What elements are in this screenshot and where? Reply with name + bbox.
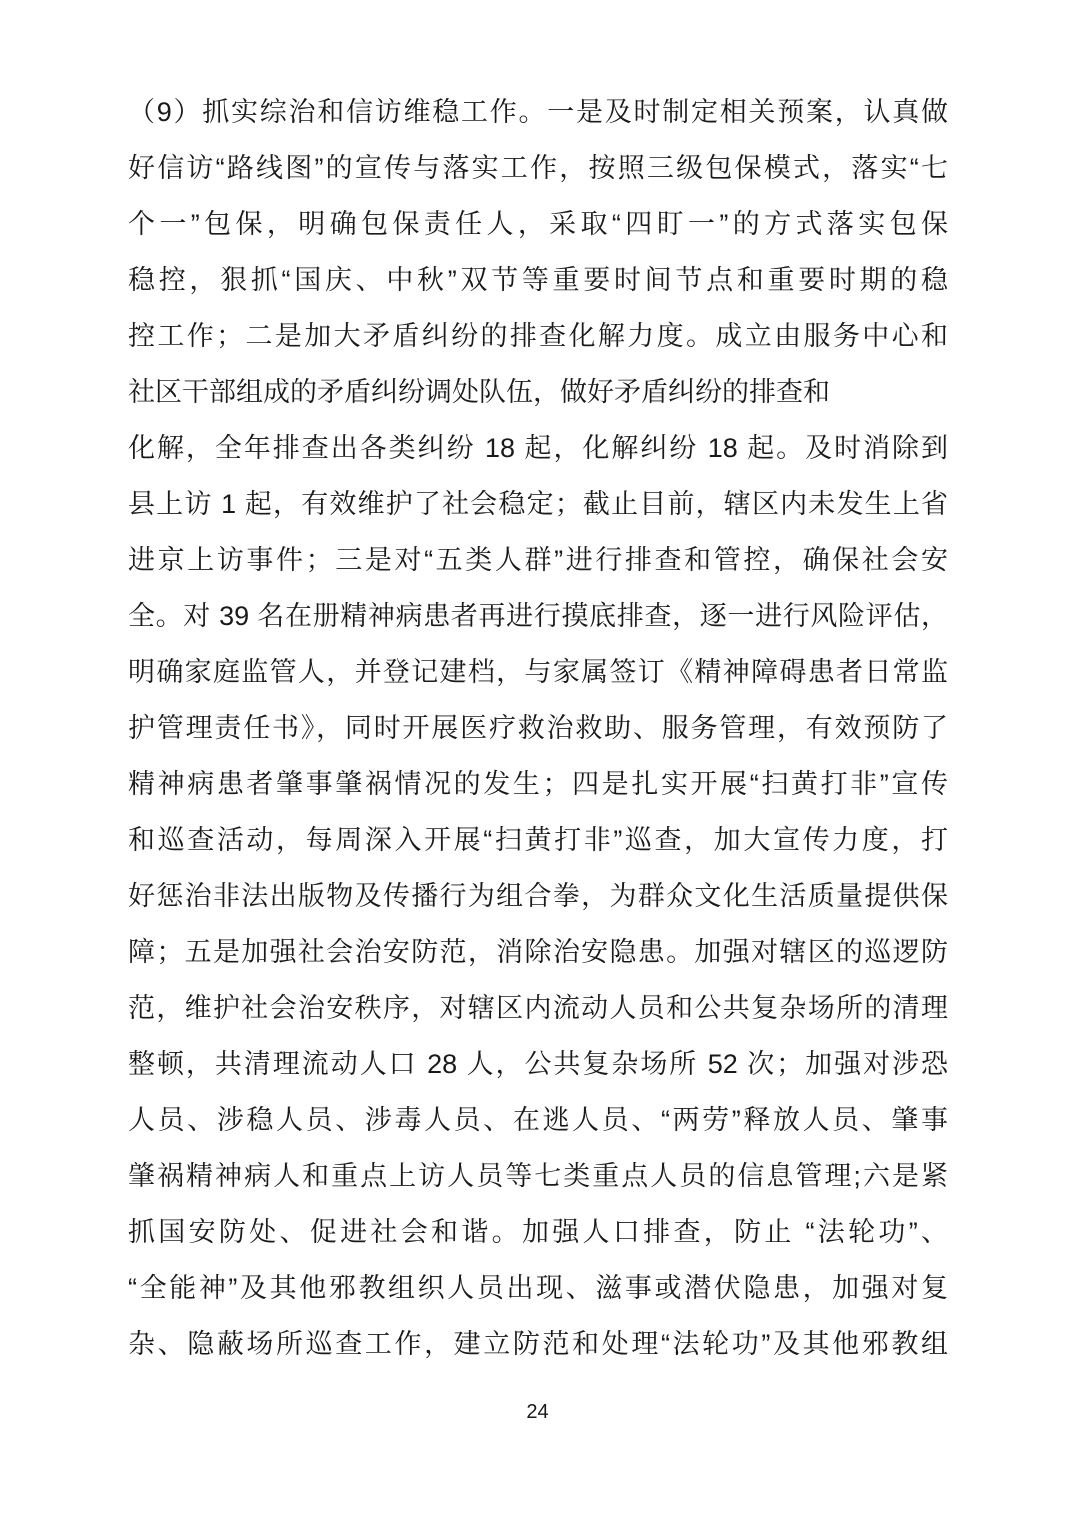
text-line: 护管理责任书》，同时开展医疗救治救助、服务管理，有效预防了 <box>128 700 948 756</box>
text-line: （9）抓实综治和信访维稳工作。一是及时制定相关预案，认真做 <box>128 84 948 140</box>
text-line: 抓国安防处、促进社会和谐。加强人口排查，防止 “法轮功”、 <box>128 1204 948 1260</box>
page-number: 24 <box>0 1398 1075 1426</box>
document-page: （9）抓实综治和信访维稳工作。一是及时制定相关预案，认真做好信访“路线图”的宣传… <box>0 0 1075 1519</box>
document-body: （9）抓实综治和信访维稳工作。一是及时制定相关预案，认真做好信访“路线图”的宣传… <box>128 84 948 1372</box>
text-line: 好惩治非法出版物及传播行为组合拳，为群众文化生活质量提供保 <box>128 868 948 924</box>
text-line: 稳控，狠抓“国庆、中秋”双节等重要时间节点和重要时期的稳 <box>128 252 948 308</box>
text-line: 县上访 1 起，有效维护了社会稳定；截止目前，辖区内未发生上省 <box>128 476 948 532</box>
text-line: 化解，全年排查出各类纠纷 18 起，化解纠纷 18 起。及时消除到 <box>128 420 948 476</box>
text-line: 控工作；二是加大矛盾纠纷的排查化解力度。成立由服务中心和 <box>128 308 948 364</box>
text-line: 明确家庭监管人，并登记建档，与家属签订《精神障碍患者日常监 <box>128 644 948 700</box>
text-line: 整顿，共清理流动人口 28 人，公共复杂场所 52 次；加强对涉恐 <box>128 1036 948 1092</box>
text-line: 肇祸精神病人和重点上访人员等七类重点人员的信息管理;六是紧 <box>128 1148 948 1204</box>
text-line: 范，维护社会治安秩序，对辖区内流动人员和公共复杂场所的清理 <box>128 980 948 1036</box>
text-line: 精神病患者肇事肇祸情况的发生；四是扎实开展“扫黄打非”宣传 <box>128 756 948 812</box>
text-line: 和巡查活动，每周深入开展“扫黄打非”巡查，加大宣传力度，打 <box>128 812 948 868</box>
text-line: 障；五是加强社会治安防范，消除治安隐患。加强对辖区的巡逻防 <box>128 924 948 980</box>
text-line: 好信访“路线图”的宣传与落实工作，按照三级包保模式，落实“七 <box>128 140 948 196</box>
text-line: 全。对 39 名在册精神病患者再进行摸底排查，逐一进行风险评估， <box>128 588 948 644</box>
text-line: 杂、隐蔽场所巡查工作，建立防范和处理“法轮功”及其他邪教组 <box>128 1316 948 1372</box>
text-line: 社区干部组成的矛盾纠纷调处队伍，做好矛盾纠纷的排查和 <box>128 364 948 420</box>
text-line: 进京上访事件；三是对“五类人群”进行排查和管控，确保社会安 <box>128 532 948 588</box>
text-line: 人员、涉稳人员、涉毒人员、在逃人员、“两劳”释放人员、肇事 <box>128 1092 948 1148</box>
text-line: 个一”包保，明确包保责任人，采取“四盯一”的方式落实包保 <box>128 196 948 252</box>
text-line: “全能神”及其他邪教组织人员出现、滋事或潜伏隐患，加强对复 <box>128 1260 948 1316</box>
